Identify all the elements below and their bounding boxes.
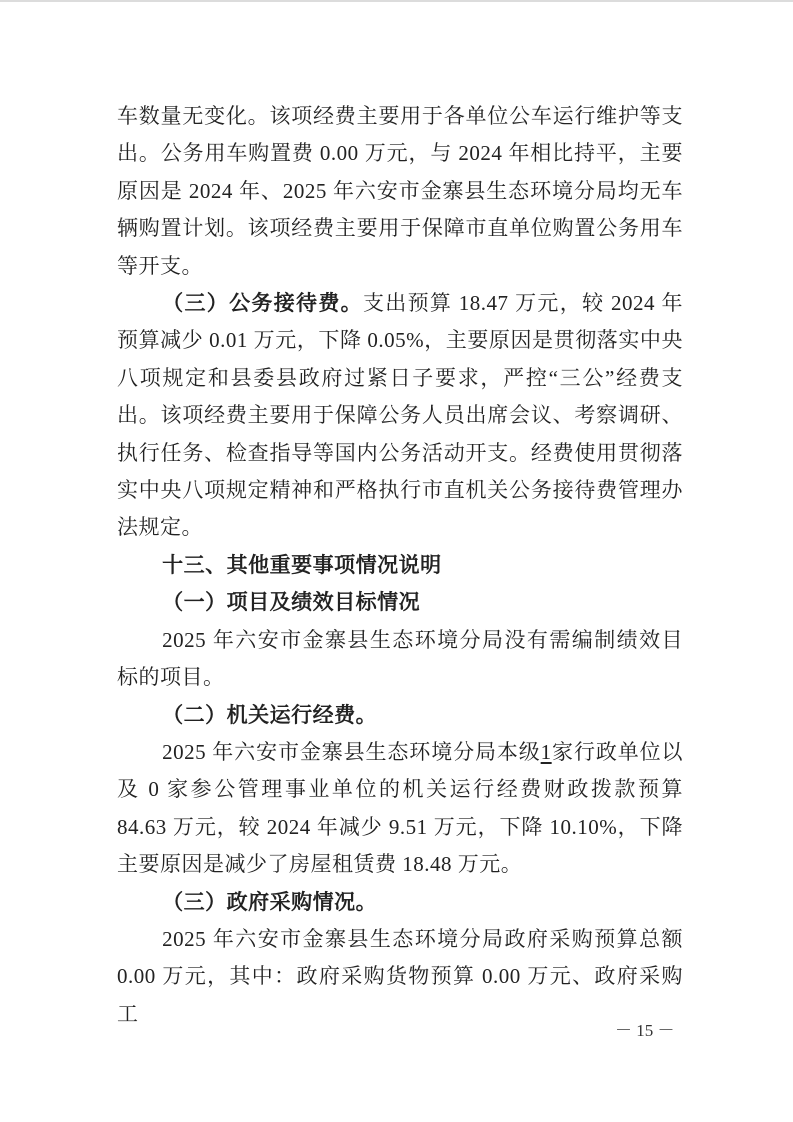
- heading-sub-one-performance: （一）项目及绩效目标情况: [117, 584, 683, 621]
- page-top-edge-line: [0, 0, 793, 2]
- heading-sub-two-operating-funds: （二）机关运行经费。: [117, 697, 683, 734]
- paragraph-operating-funds: 2025 年六安市金寨县生态环境分局本级1家行政单位以及 0 家参公管理事业单位…: [117, 734, 683, 884]
- reception-inline-heading: （三）公务接待费。: [162, 292, 363, 315]
- page-number: － 15 －: [615, 1020, 675, 1042]
- paragraph-official-vehicle-expense: 车数量无变化。该项经费主要用于各单位公车运行维护等支出。公务用车购置费 0.00…: [117, 98, 683, 285]
- document-page: 车数量无变化。该项经费主要用于各单位公车运行维护等支出。公务用车购置费 0.00…: [0, 0, 793, 1122]
- paragraph-official-reception: （三）公务接待费。支出预算 18.47 万元，较 2024 年预算减少 0.01…: [117, 285, 683, 547]
- reception-text: 支出预算 18.47 万元，较 2024 年预算减少 0.01 万元，下降 0.…: [117, 291, 683, 539]
- operating-funds-text-before: 2025 年六安市金寨县生态环境分局本级: [162, 740, 541, 764]
- heading-sub-three-procurement: （三）政府采购情况。: [117, 884, 683, 921]
- operating-funds-underlined-count: 1: [541, 740, 552, 764]
- heading-section-thirteen: 十三、其他重要事项情况说明: [117, 547, 683, 584]
- paragraph-performance-targets: 2025 年六安市金寨县生态环境分局没有需编制绩效目标的项目。: [117, 622, 683, 697]
- paragraph-government-procurement: 2025 年六安市金寨县生态环境分局政府采购预算总额 0.00 万元，其中：政府…: [117, 921, 683, 1033]
- page-content: 车数量无变化。该项经费主要用于各单位公车运行维护等支出。公务用车购置费 0.00…: [117, 98, 683, 1033]
